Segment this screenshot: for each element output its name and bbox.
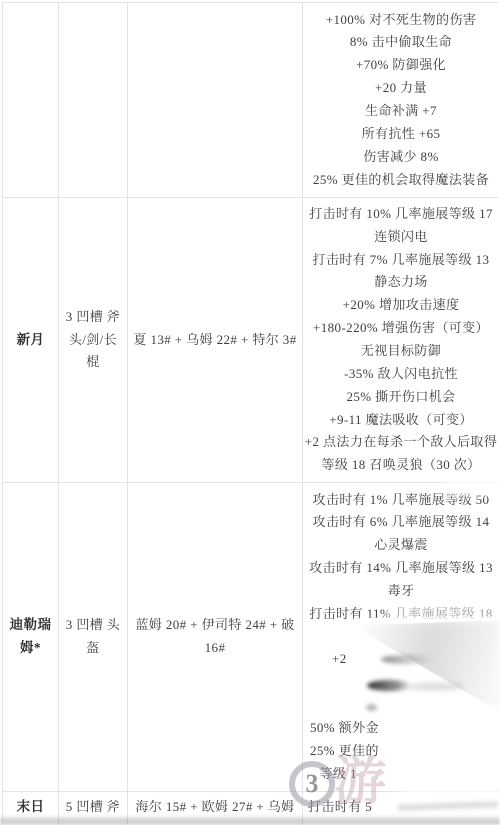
table-row: 新月 3 凹槽 斧 头/剑/长 棍 夏 13# + 乌姆 22# + 特尔 3#… [3,198,499,483]
runes-line: 海尔 15# + 欧姆 27# + 乌姆 [128,796,302,819]
property-line: 打击时有 7% 几率施展等级 13 [303,249,499,272]
property-line: 等级 18 召唤灵狼（30 次） [303,454,499,477]
property-line: +9-11 魔法吸收（可变） [303,409,499,432]
runeword-name: 姆* [3,637,58,660]
property-line: 25% 撕开伤口机会 [303,386,499,409]
runeword-name: 迪勒瑞 [3,614,58,637]
property-line: 攻击时有 14% 几率施展等级 13 [303,557,499,580]
runes-line: 16# [128,637,302,660]
property-line: 打击时有 11% 几率施展等级 18 [303,603,499,626]
property-line-fragment: 打击时有 5 [303,796,499,819]
property-line-hidden [303,694,499,717]
property-line: +2 点法力在每杀一个敌人后取得 [303,431,499,454]
runeword-table-screenshot: +100% 对不死生物的伤害 8% 击中偷取生命 +70% 防御强化 +20 力… [0,0,500,825]
runes-line: 夏 13# + 乌姆 22# + 特尔 3# [128,329,302,352]
property-line: +20 力量 [303,77,499,100]
cell-properties: +100% 对不死生物的伤害 8% 击中偷取生命 +70% 防御强化 +20 力… [303,3,499,197]
sockets-line: 棍 [59,351,127,374]
property-line: 打击时有 10% 几率施展等级 17 [303,203,499,226]
cell-runeword-name: 末日 [3,792,59,825]
sockets-line: 3 凹槽 头 [59,614,127,637]
property-line: 8% 击中偷取生命 [303,31,499,54]
property-line-fragment: 25% 更佳的 [303,740,499,763]
property-line-fragment: +2 [303,648,499,671]
cell-sockets [59,3,128,197]
runeword-name: 末日 [3,796,58,819]
property-line: 无视目标防御 [303,340,499,363]
sockets-line: 头/剑/长 [59,329,127,352]
cell-properties: 打击时有 10% 几率施展等级 17 连锁闪电 打击时有 7% 几率施展等级 1… [303,198,499,482]
cell-properties: 攻击时有 1% 几率施展等级 50 攻击时有 6% 几率施展等级 14 心灵爆震… [303,483,499,791]
cell-sockets: 3 凹槽 头 盔 [59,483,128,791]
property-line: 25% 更佳的机会取得魔法装备 [303,169,499,192]
cell-sockets: 5 凹槽 斧 [59,792,128,825]
property-line: 攻击时有 1% 几率施展等级 50 [303,489,499,512]
runeword-table: +100% 对不死生物的伤害 8% 击中偷取生命 +70% 防御强化 +20 力… [2,2,499,825]
cell-runeword-name [3,3,59,197]
property-line: +70% 防御强化 [303,54,499,77]
cell-runeword-name: 迪勒瑞 姆* [3,483,59,791]
cell-runes: 海尔 15# + 欧姆 27# + 乌姆 [128,792,303,825]
runes-line: 蓝姆 20# + 伊司特 24# + 破 [128,614,302,637]
table-row: 末日 5 凹槽 斧 海尔 15# + 欧姆 27# + 乌姆 打击时有 5 [3,792,499,825]
property-line: -35% 敌人闪电抗性 [303,363,499,386]
property-line-fragment: 等级 1 [303,763,499,786]
property-line: 静态力场 [303,271,499,294]
property-line: 连锁闪电 [303,226,499,249]
property-line: 心灵爆震 [303,534,499,557]
sockets-line: 3 凹槽 斧 [59,306,127,329]
property-line: 生命补满 +7 [303,100,499,123]
table-row: +100% 对不死生物的伤害 8% 击中偷取生命 +70% 防御强化 +20 力… [3,3,499,198]
property-line: 所有抗性 +65 [303,123,499,146]
cell-runes: 夏 13# + 乌姆 22# + 特尔 3# [128,198,303,482]
runeword-name: 新月 [3,329,58,352]
property-line-hidden [303,626,499,649]
table-row: 迪勒瑞 姆* 3 凹槽 头 盔 蓝姆 20# + 伊司特 24# + 破 16#… [3,483,499,792]
sockets-line: 盔 [59,637,127,660]
property-line: +180-220% 增强伤害（可变） [303,317,499,340]
cell-runes: 蓝姆 20# + 伊司特 24# + 破 16# [128,483,303,791]
property-line: +100% 对不死生物的伤害 [303,9,499,32]
cell-runes [128,3,303,197]
cell-sockets: 3 凹槽 斧 头/剑/长 棍 [59,198,128,482]
property-line-fragment: 50% 额外金 [303,717,499,740]
cell-runeword-name: 新月 [3,198,59,482]
property-line: 攻击时有 6% 几率施展等级 14 [303,511,499,534]
property-line: 毒牙 [303,580,499,603]
property-line: +20% 增加攻击速度 [303,294,499,317]
property-line-hidden [303,671,499,694]
cell-properties: 打击时有 5 [303,792,499,825]
sockets-line: 5 凹槽 斧 [59,796,127,819]
property-line: 伤害减少 8% [303,146,499,169]
